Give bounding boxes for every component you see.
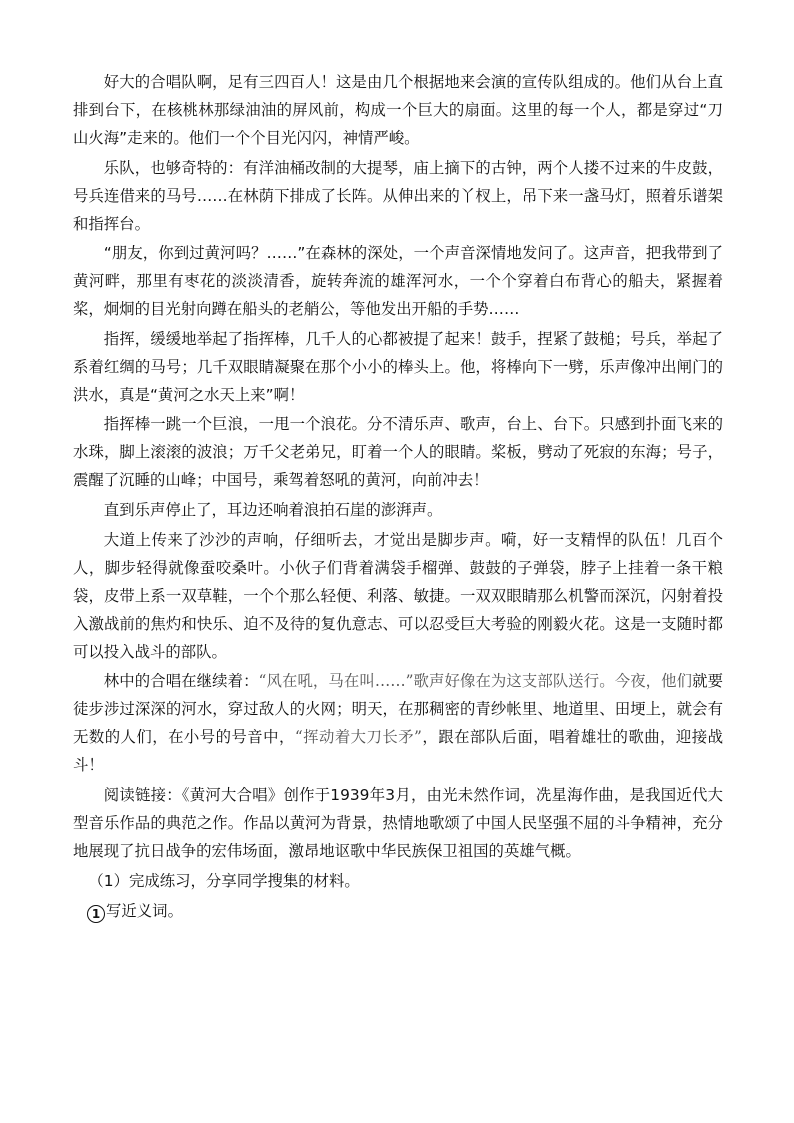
paragraph-reading-link: 阅读链接：《黄河大合唱》创作于1939年3月，由光未然作词，冼星海作曲，是我国近…	[73, 781, 723, 865]
paragraph-troops: 大道上传来了沙沙的声响，仔细听去，才觉出是脚步声。嗬，好一支精悍的队伍！几百个人…	[73, 526, 723, 666]
paragraph-music-stops: 直到乐声停止了，耳边还响着浪拍石崖的澎湃声。	[73, 496, 723, 524]
subitem-synonyms: 1写近义词。	[73, 897, 723, 925]
question-1: （1）完成练习，分享同学搜集的材料。	[73, 867, 723, 895]
quote-wind-roars: “风在吼，马在叫……”歌声好像在为这支部队送行。今夜，他们	[259, 672, 693, 690]
quote-wave-swords: “挥动着大刀长矛”	[295, 728, 422, 746]
subitem-label: 写近义词。	[106, 902, 183, 920]
document-page: 好大的合唱队啊，足有三四百人！这是由几个根据地来会演的宣传队组成的。他们从台上直…	[73, 68, 723, 925]
paragraph-choir: 好大的合唱队啊，足有三四百人！这是由几个根据地来会演的宣传队组成的。他们从台上直…	[73, 68, 723, 152]
paragraph-band: 乐队，也够奇特的：有洋油桶改制的大提琴，庙上摘下的古钟，两个人搂不过来的牛皮鼓，…	[73, 154, 723, 238]
paragraph-baton: 指挥棒一跳一个巨浪，一甩一个浪花。分不清乐声、歌声，台上、台下。只感到扑面飞来的…	[73, 410, 723, 494]
paragraph-conductor: 指挥，缓缓地举起了指挥棒，几千人的心都被提了起来！鼓手，捏紧了鼓槌；号兵，举起了…	[73, 325, 723, 409]
paragraph-yellow-river-question: “朋友，你到过黄河吗？……”在森林的深处，一个声音深情地发问了。这声音，把我带到…	[73, 239, 723, 323]
circled-number-icon: 1	[87, 905, 105, 923]
paragraph-chorus-continues: 林中的合唱在继续着：“风在吼，马在叫……”歌声好像在为这支部队送行。今夜，他们就…	[73, 667, 723, 779]
paragraph-text: 林中的合唱在继续着：	[104, 672, 259, 690]
